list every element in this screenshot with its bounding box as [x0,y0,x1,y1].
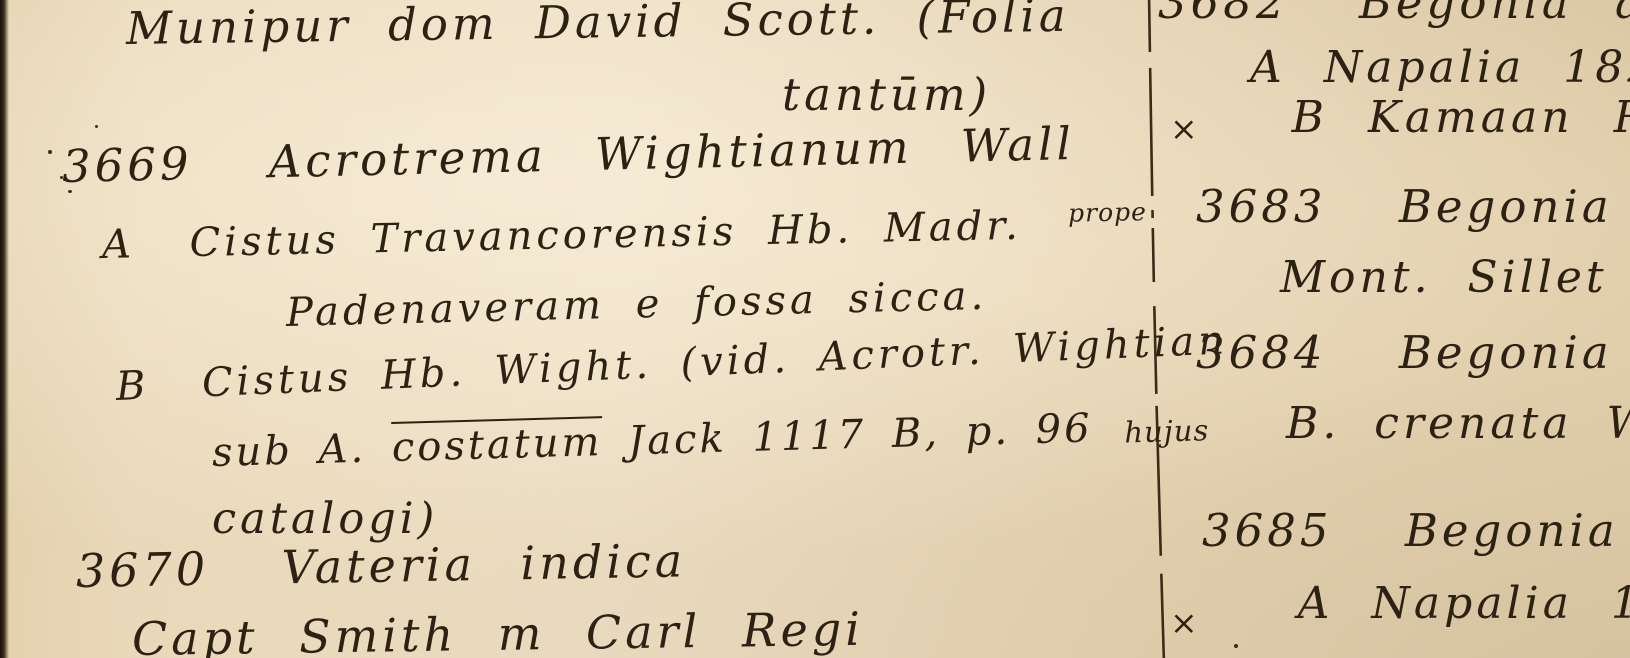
handwritten-text: A Napalia 182 [1250,42,1630,93]
ink-speck [48,150,52,154]
small-word: hujus [1124,413,1210,449]
specimen-label: B [115,363,150,410]
manuscript-page: Munipur dom David Scott. (Folia tantūm) … [0,0,1630,658]
entry-3683-locality-line: Mont. Sillet [1280,252,1608,303]
species-name: Begonia a [1359,0,1630,29]
ink-speck [1234,644,1238,648]
handwritten-text: Padenaveram e fossa sicca. [285,273,987,336]
handwritten-text: sub A. [211,426,366,476]
specimen-label: A [102,221,136,268]
entry-3669-specimen-a: A Cistus Travancorensis Hb. Madr. prope [102,200,1148,268]
handwritten-text: Cistus Travancorensis Hb. Madr. [189,203,1022,266]
entry-3670-heading: 3670 Vateria indica [76,533,687,598]
overlined-word: costatum [391,416,603,471]
entry-3669-heading: 3669 Acrotrema Wightianum Wall [61,117,1075,193]
species-name: Vateria indica [281,533,686,594]
entry-3670-collector-line-clipped: Capt Smith m Carl Regi [132,602,865,658]
species-name: Begonia P [1399,326,1630,379]
entry-3684-heading: 3684 Begonia P [1196,326,1630,379]
ink-speck [95,125,98,128]
handwritten-text: B Kamaan Rh [1292,92,1630,143]
handwritten-text: catalogi) [212,494,438,544]
species-name: Acrotrema Wightianum Wall [268,117,1075,188]
handwritten-text: Munipur dom David Scott. (Folia [126,0,1070,55]
handwritten-text: B. crenata W [1286,398,1630,449]
handwritten-text: Capt Smith m Carl Regi [132,602,865,658]
species-name: Begonia [1399,180,1613,233]
provenance-note-line: Munipur dom David Scott. (Folia [126,0,1070,55]
entry-number: 3669 [61,137,193,193]
entry-number: 3684 [1196,326,1327,379]
entry-3669-locality-line: Padenaveram e fossa sicca. [285,273,987,336]
provenance-note-continuation: tantūm) [782,68,991,121]
entry-number: 3670 [76,542,210,598]
cross-marker: × [1170,603,1202,642]
entry-3683-heading: 3683 Begonia [1196,180,1613,233]
entry-3669-reference-continuation: catalogi) [212,494,438,544]
entry-number: 3683 [1196,180,1327,233]
handwritten-text: Jack 1117 B, p. 96 [628,405,1094,464]
entry-3669-reference-line: sub A. costatum Jack 1117 B, p. 96 hujus [211,402,1209,476]
entry-3685-heading: 3685 Begonia p [1202,504,1630,557]
species-name: Begonia p [1405,504,1630,557]
handwritten-text: tantūm) [782,68,991,121]
handwritten-text: A Napalia 18 [1298,578,1630,629]
interlinear-annotation: prope [1068,197,1147,228]
entry-3684-synonym-line: B. crenata W [1286,398,1630,449]
entry-3682-specimen-a: A Napalia 182 [1250,42,1630,93]
entry-number: 3685 [1202,504,1333,557]
cross-marker: × [1170,109,1202,148]
entry-3682-heading-clipped: 3682 Begonia a [1158,0,1630,29]
entry-3669-specimen-b: B Cistus Hb. Wight. (vid. Acrotr. Wighti… [115,317,1246,410]
handwritten-text: Mont. Sillet [1280,252,1608,303]
page-edge-shadow [0,0,9,658]
entry-3682-specimen-b: × B Kamaan Rh [1170,92,1630,143]
entry-3685-specimen-a-clipped: × A Napalia 18 [1170,578,1630,629]
entry-number: 3682 [1158,0,1289,29]
